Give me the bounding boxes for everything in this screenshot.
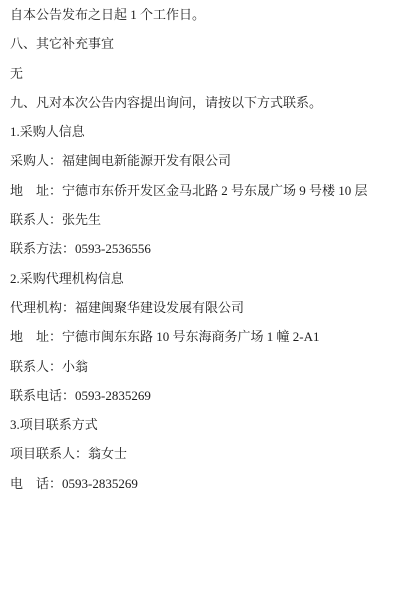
section-8-body: 无: [10, 59, 388, 88]
closing-line: 自本公告发布之日起 1 个工作日。: [10, 0, 388, 29]
document-page: 自本公告发布之日起 1 个工作日。 八、其它补充事宜 无 九、凡对本次公告内容提…: [0, 0, 400, 594]
agency-name-line: 代理机构：福建闽聚华建设发展有限公司: [10, 293, 388, 322]
purchaser-name-line: 采购人：福建闽电新能源开发有限公司: [10, 146, 388, 175]
project-phone-line: 电 话：0593-2835269: [10, 469, 388, 498]
agency-phone-line: 联系电话：0593-2835269: [10, 381, 388, 410]
project-heading: 3.项目联系方式: [10, 410, 388, 439]
purchaser-phone-line: 联系方法：0593-2536556: [10, 234, 388, 263]
purchaser-heading: 1.采购人信息: [10, 117, 388, 146]
purchaser-contact-line: 联系人：张先生: [10, 205, 388, 234]
purchaser-address-line: 地 址：宁德市东侨开发区金马北路 2 号东晟广场 9 号楼 10 层: [10, 176, 388, 205]
section-8-heading: 八、其它补充事宜: [10, 29, 388, 58]
section-9-heading: 九、凡对本次公告内容提出询问，请按以下方式联系。: [10, 88, 388, 117]
agency-contact-line: 联系人：小翁: [10, 352, 388, 381]
agency-address-line: 地 址：宁德市闽东东路 10 号东海商务广场 1 幢 2-A1: [10, 322, 388, 351]
project-contact-line: 项目联系人：翁女士: [10, 439, 388, 468]
agency-heading: 2.采购代理机构信息: [10, 264, 388, 293]
